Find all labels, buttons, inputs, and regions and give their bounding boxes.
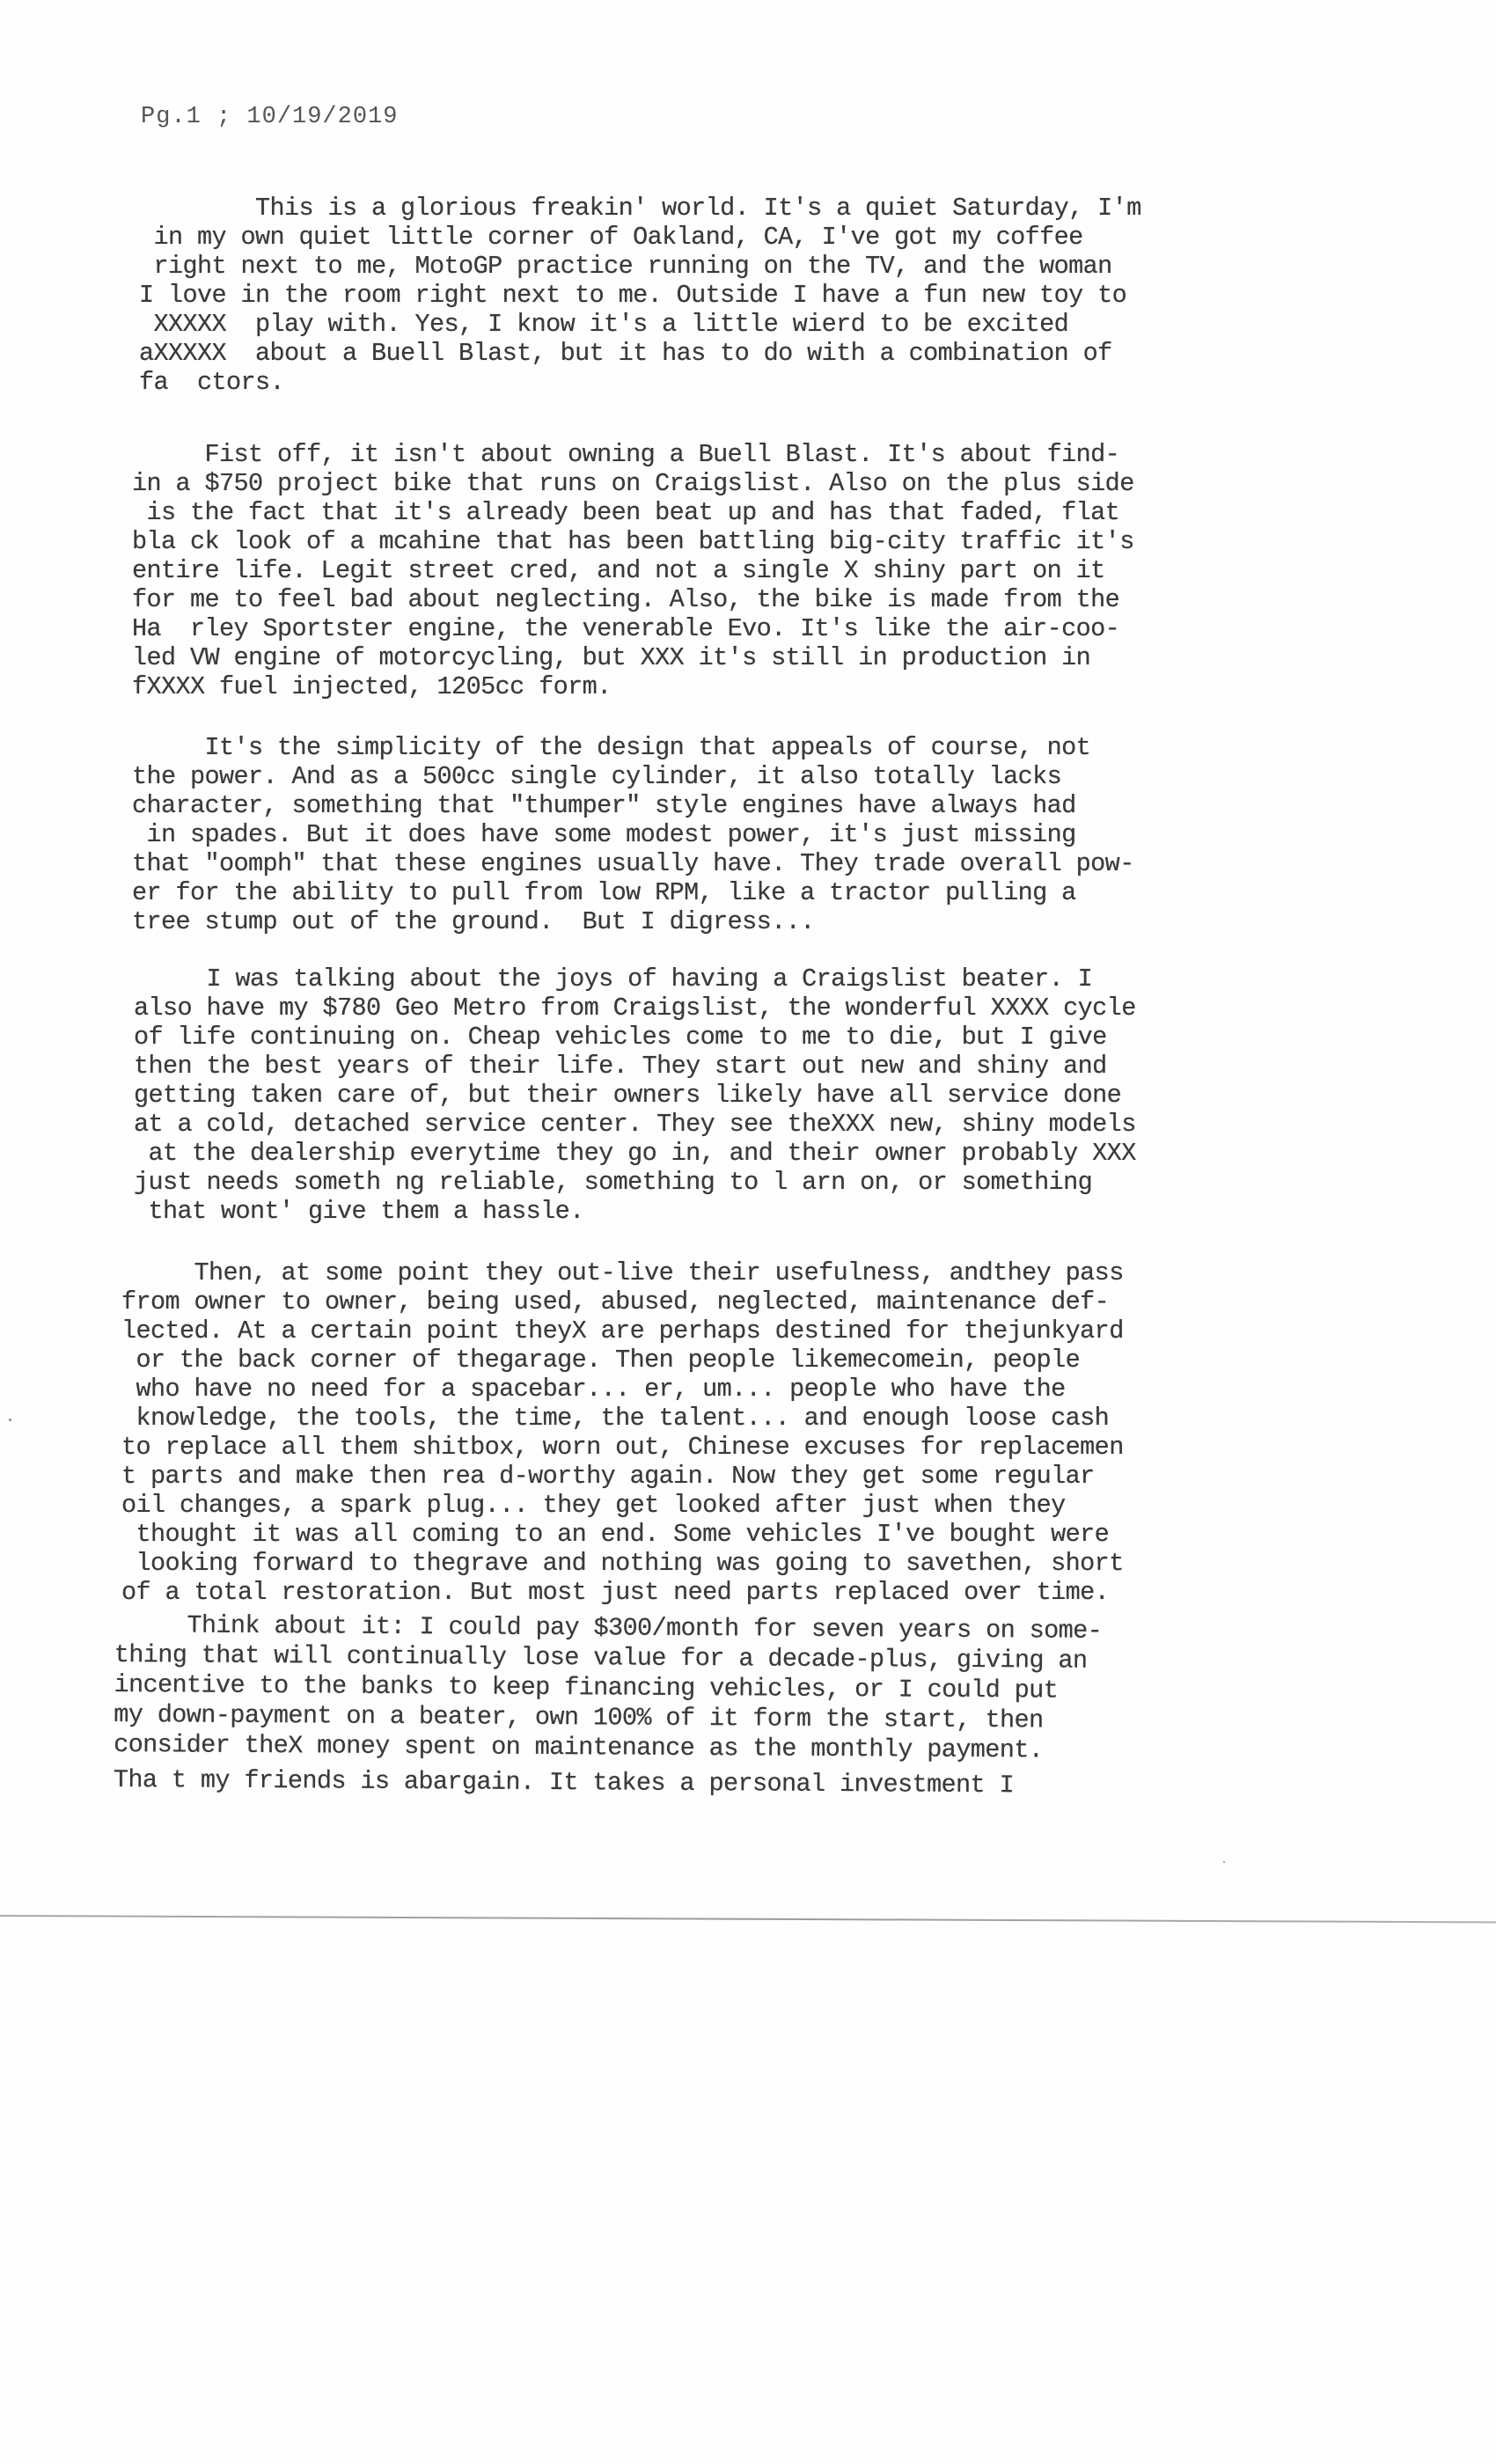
text-line: thing that will continually lose value f… (114, 1642, 1088, 1675)
text-line: fa ctors. (139, 370, 284, 396)
text-line: lected. At a certain point theyX are per… (121, 1318, 1124, 1345)
text-line: knowledge, the tools, the time, the tale… (121, 1405, 1109, 1432)
text-line: incentive to the banks to keep financing… (114, 1672, 1058, 1705)
scan-edge-line (0, 1915, 1496, 1923)
text-line: in a $750 project bike that runs on Crai… (132, 471, 1134, 497)
text-line: then the best years of their life. They … (134, 1053, 1107, 1080)
text-line: tree stump out of the ground. But I digr… (132, 909, 815, 935)
text-line: for me to feel bad about neglecting. Als… (132, 587, 1119, 613)
text-line: in my own quiet little corner of Oakland… (139, 224, 1083, 251)
page-header: Pg.1 ; 10/19/2019 (141, 104, 398, 130)
text-line: from owner to owner, being used, abused,… (121, 1289, 1109, 1316)
scan-speck (1223, 1861, 1225, 1863)
text-line: the power. And as a 500cc single cylinde… (132, 764, 1061, 790)
text-line: who have no need for a spacebar... er, u… (121, 1376, 1066, 1403)
text-line: XXXXX play with. Yes, I know it's a litt… (139, 312, 1068, 338)
text-line: er for the ability to pull from low RPM,… (132, 880, 1076, 906)
text-line: It's the simplicity of the design that a… (132, 735, 1090, 761)
text-line: entire life. Legit street cred, and not … (132, 558, 1105, 584)
text-line: This is a glorious freakin' world. It's … (139, 195, 1141, 222)
text-line: I was talking about the joys of having a… (134, 966, 1092, 993)
text-line: to replace all them shitbox, worn out, C… (121, 1434, 1124, 1461)
text-line: Ha rley Sportster engine, the venerable … (132, 616, 1119, 642)
text-line: of a total restoration. But most just ne… (121, 1580, 1109, 1606)
text-line: thought it was all coming to an end. Som… (121, 1522, 1109, 1548)
text-line: that "oomph" that these engines usually … (132, 851, 1134, 877)
scan-speck (9, 1419, 11, 1421)
text-line: Then, at some point they out-live their … (121, 1260, 1124, 1287)
text-line: Think about it: I could pay $300/month f… (114, 1612, 1102, 1645)
text-line: at the dealership everytime they go in, … (134, 1140, 1136, 1167)
text-line: just needs someth ng reliable, something… (134, 1170, 1092, 1196)
text-line: or the back corner of thegarage. Then pe… (121, 1347, 1080, 1374)
text-line: that wont' give them a hassle. (134, 1199, 584, 1225)
text-line: fXXXX fuel injected, 1205cc form. (132, 674, 612, 700)
text-line: character, something that "thumper" styl… (132, 793, 1076, 819)
scanned-page: Pg.1 ; 10/19/2019 This is a glorious fre… (0, 0, 1496, 2464)
text-line: Tha t my friends is abargain. It takes a… (114, 1767, 1014, 1799)
text-line: is the fact that it's already been beat … (132, 500, 1119, 526)
text-line: right next to me, MotoGP practice runnin… (139, 253, 1112, 280)
text-line: t parts and make then rea d-worthy again… (121, 1463, 1095, 1490)
text-line: of life continuing on. Cheap vehicles co… (134, 1024, 1107, 1051)
text-line: consider theX money spent on maintenance… (114, 1732, 1043, 1764)
text-line: bla ck look of a mcahine that has been b… (132, 529, 1134, 555)
text-line: I love in the room right next to me. Out… (139, 282, 1126, 309)
text-line: also have my $780 Geo Metro from Craigsl… (134, 995, 1136, 1022)
text-line: looking forward to thegrave and nothing … (121, 1551, 1124, 1577)
text-line: led VW engine of motorcycling, but XXX i… (132, 645, 1090, 671)
text-line: Fist off, it isn't about owning a Buell … (132, 442, 1119, 468)
text-line: in spades. But it does have some modest … (132, 822, 1076, 848)
text-line: my down-payment on a beater, own 100% of… (114, 1702, 1043, 1734)
paragraph-6: Think about it: I could pay $300/month f… (10, 0, 1496, 9)
text-line: aXXXXX about a Buell Blast, but it has t… (139, 341, 1112, 367)
text-line: getting taken care of, but their owners … (134, 1082, 1121, 1109)
text-line: oil changes, a spark plug... they get lo… (121, 1492, 1066, 1519)
text-line: at a cold, detached service center. They… (134, 1111, 1136, 1138)
